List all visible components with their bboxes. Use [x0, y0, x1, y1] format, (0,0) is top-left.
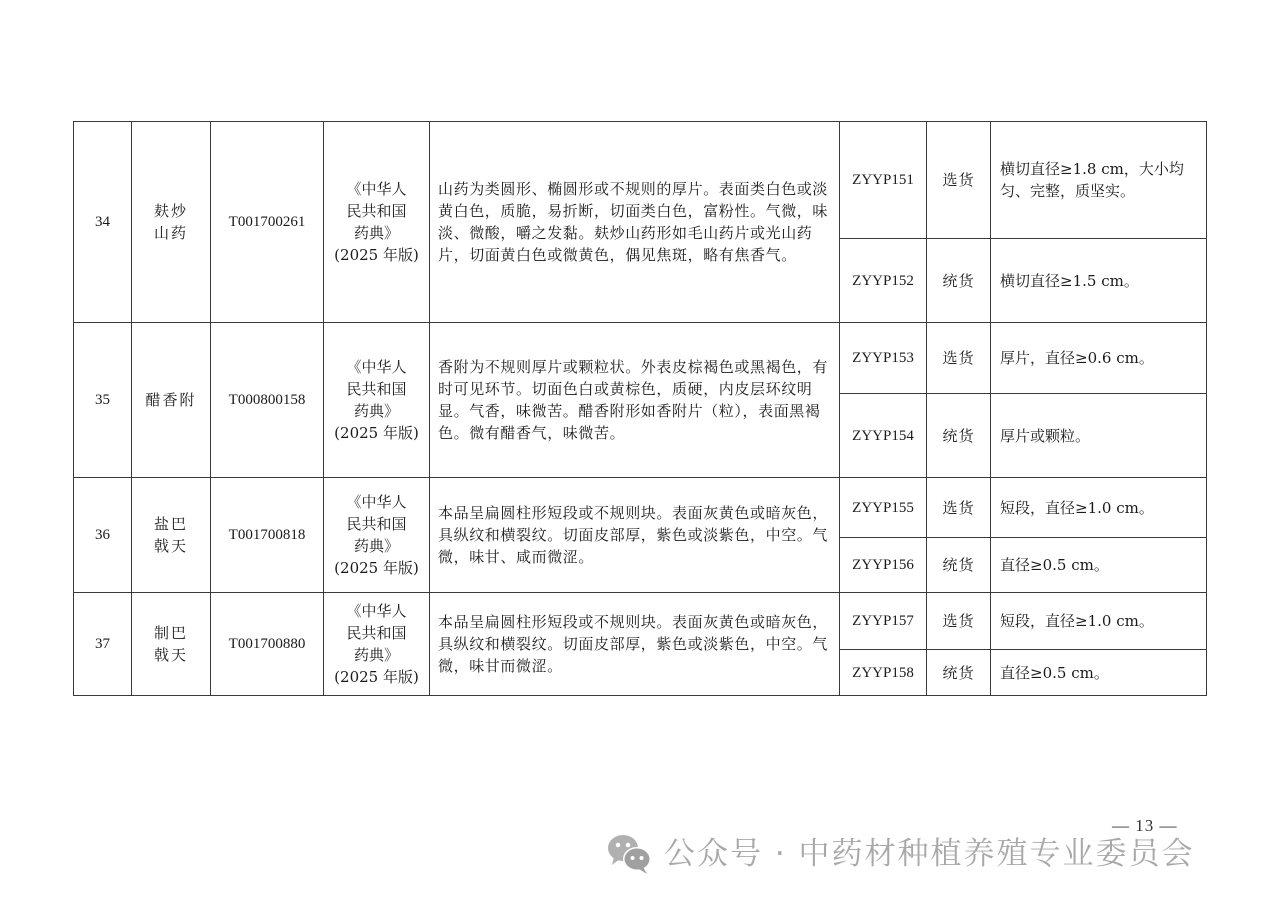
standard-line: 民共和国	[324, 378, 429, 400]
item-standard: 《中华人 民共和国 药典》 (2025 年版)	[324, 323, 430, 478]
item-standard: 《中华人 民共和国 药典》 (2025 年版)	[324, 593, 430, 696]
item-name: 麸炒 山药	[132, 122, 211, 323]
grade-code: ZYYP155	[840, 478, 927, 538]
item-name-line: 制巴	[132, 622, 210, 644]
grade-code: ZYYP153	[840, 323, 927, 394]
item-description: 香附为不规则厚片或颗粒状。外表皮棕褐色或黑褐色，有时可见环节。切面色白或黄棕色，…	[430, 323, 840, 478]
item-name-line: 麸炒	[132, 200, 210, 222]
item-name: 盐巴 戟天	[132, 478, 211, 593]
item-description: 山药为类圆形、椭圆形或不规则的厚片。表面类白色或淡黄白色，质脆，易折断，切面类白…	[430, 122, 840, 323]
grade-label: 选货	[927, 478, 991, 538]
grade-requirement: 横切直径≥1.5 cm。	[991, 239, 1207, 323]
standard-line: (2025 年版)	[324, 244, 429, 266]
grade-requirement: 短段，直径≥1.0 cm。	[991, 593, 1207, 650]
item-name-line: 戟天	[132, 644, 210, 666]
item-name-line: 醋香附	[132, 389, 210, 411]
item-description: 本品呈扁圆柱形短段或不规则块。表面灰黄色或暗灰色，具纵纹和横裂纹。切面皮部厚，紫…	[430, 478, 840, 593]
item-name-line: 山药	[132, 222, 210, 244]
standard-line: 药典》	[324, 400, 429, 422]
wechat-icon	[606, 832, 654, 876]
item-number: 34	[74, 122, 132, 323]
grade-code: ZYYP156	[840, 538, 927, 593]
standard-line: 药典》	[324, 644, 429, 666]
standard-line: 药典》	[324, 535, 429, 557]
item-number: 35	[74, 323, 132, 478]
item-number: 36	[74, 478, 132, 593]
standard-line: 《中华人	[324, 178, 429, 200]
standard-line: (2025 年版)	[324, 422, 429, 444]
item-name-line: 盐巴	[132, 513, 210, 535]
table-row: 34 麸炒 山药 T001700261 《中华人 民共和国 药典》 (2025 …	[74, 122, 1207, 239]
watermark-text: 公众号 · 中药材种植养殖专业委员会	[664, 832, 1195, 876]
grade-requirement: 直径≥0.5 cm。	[991, 650, 1207, 696]
watermark: 公众号 · 中药材种植养殖专业委员会	[606, 832, 1195, 876]
item-code: T000800158	[211, 323, 324, 478]
grade-label: 选货	[927, 122, 991, 239]
table-row: 35 醋香附 T000800158 《中华人 民共和国 药典》 (2025 年版…	[74, 323, 1207, 394]
grade-label: 统货	[927, 538, 991, 593]
item-code: T001700880	[211, 593, 324, 696]
item-number: 37	[74, 593, 132, 696]
grade-label: 统货	[927, 650, 991, 696]
item-code: T001700818	[211, 478, 324, 593]
standard-line: 《中华人	[324, 491, 429, 513]
grade-code: ZYYP154	[840, 394, 927, 478]
standard-line: 药典》	[324, 222, 429, 244]
grade-requirement: 厚片，直径≥0.6 cm。	[991, 323, 1207, 394]
item-standard: 《中华人 民共和国 药典》 (2025 年版)	[324, 122, 430, 323]
grade-requirement: 横切直径≥1.8 cm，大小均匀、完整，质坚实。	[991, 122, 1207, 239]
standard-line: (2025 年版)	[324, 557, 429, 579]
grade-requirement: 直径≥0.5 cm。	[991, 538, 1207, 593]
grade-spec-table: 34 麸炒 山药 T001700261 《中华人 民共和国 药典》 (2025 …	[73, 121, 1207, 696]
table-row: 37 制巴 戟天 T001700880 《中华人 民共和国 药典》 (2025 …	[74, 593, 1207, 650]
grade-code: ZYYP158	[840, 650, 927, 696]
standard-line: 民共和国	[324, 200, 429, 222]
item-description: 本品呈扁圆柱形短段或不规则块。表面灰黄色或暗灰色，具纵纹和横裂纹。切面皮部厚，紫…	[430, 593, 840, 696]
standard-line: 《中华人	[324, 356, 429, 378]
grade-requirement: 厚片或颗粒。	[991, 394, 1207, 478]
item-name: 制巴 戟天	[132, 593, 211, 696]
document-page: 34 麸炒 山药 T001700261 《中华人 民共和国 药典》 (2025 …	[0, 0, 1280, 905]
item-name-line: 戟天	[132, 535, 210, 557]
item-standard: 《中华人 民共和国 药典》 (2025 年版)	[324, 478, 430, 593]
grade-code: ZYYP151	[840, 122, 927, 239]
grade-label: 统货	[927, 394, 991, 478]
standard-line: (2025 年版)	[324, 666, 429, 688]
standard-line: 民共和国	[324, 513, 429, 535]
grade-label: 选货	[927, 593, 991, 650]
standard-line: 民共和国	[324, 622, 429, 644]
item-code: T001700261	[211, 122, 324, 323]
item-name: 醋香附	[132, 323, 211, 478]
grade-label: 统货	[927, 239, 991, 323]
grade-label: 选货	[927, 323, 991, 394]
grade-requirement: 短段，直径≥1.0 cm。	[991, 478, 1207, 538]
table-row: 36 盐巴 戟天 T001700818 《中华人 民共和国 药典》 (2025 …	[74, 478, 1207, 538]
standard-line: 《中华人	[324, 600, 429, 622]
grade-code: ZYYP157	[840, 593, 927, 650]
grade-code: ZYYP152	[840, 239, 927, 323]
